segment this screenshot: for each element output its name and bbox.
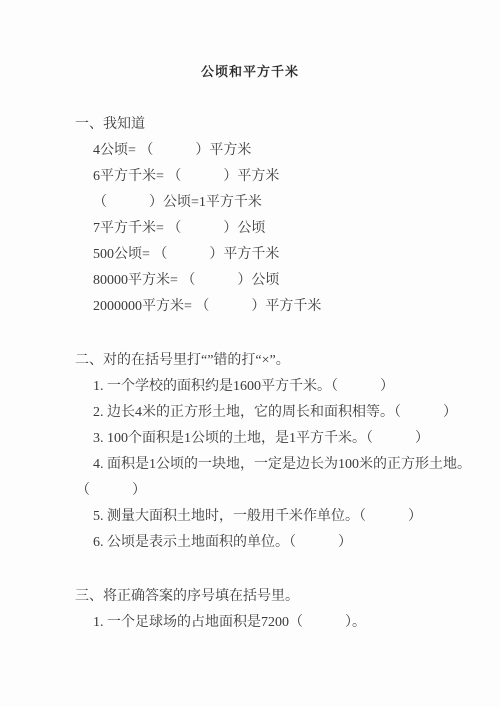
section-fill-in-blanks: 一、我知道 4公顷= （ ）平方米 6平方千米= （ ）平方米 （ ）公顷=1平… [0,112,500,320]
section-one-heading: 一、我知道 [0,112,500,138]
worksheet-page: 公顷和平方千米 一、我知道 4公顷= （ ）平方米 6平方千米= （ ）平方米 … [0,0,500,707]
judge-item-2: 2. 边长4米的正方形土地，它的周长和面积相等。（ ） [0,400,500,426]
conversion-line-5: 500公顷= （ ）平方千米 [0,242,500,268]
conversion-line-2: 6平方千米= （ ）平方米 [0,164,500,190]
section-multiple-choice: 三、将正确答案的序号填在括号里。 1. 一个足球场的占地面积是7200（ ）。 [0,584,500,636]
judge-item-3: 3. 100个面积是1公顷的土地，是1平方千米。（ ） [0,426,500,452]
worksheet-title: 公顷和平方千米 [0,62,500,82]
section-three-heading: 三、将正确答案的序号填在括号里。 [0,584,500,610]
conversion-line-3: （ ）公顷=1平方千米 [0,190,500,216]
section-two-heading: 二、对的在括号里打“”错的打“×”。 [0,348,500,374]
judge-item-1: 1. 一个学校的面积约是1600平方千米。（ ） [0,374,500,400]
judge-item-4: 4. 面积是1公顷的一块地，一定是边长为100米的正方形土地。 [0,452,500,478]
conversion-line-4: 7平方千米= （ ）公顷 [0,216,500,242]
section-true-false: 二、对的在括号里打“”错的打“×”。 1. 一个学校的面积约是1600平方千米。… [0,348,500,556]
conversion-line-6: 80000平方米= （ ）公顷 [0,268,500,294]
conversion-line-1: 4公顷= （ ）平方米 [0,138,500,164]
choice-item-1: 1. 一个足球场的占地面积是7200（ ）。 [0,610,500,636]
judge-item-5: 5. 测量大面积土地时，一般用千米作单位。（ ） [0,504,500,530]
judge-item-4-continuation: （ ） [0,478,500,504]
judge-item-6: 6. 公顷是表示土地面积的单位。（ ） [0,530,500,556]
conversion-line-7: 2000000平方米= （ ）平方千米 [0,294,500,320]
